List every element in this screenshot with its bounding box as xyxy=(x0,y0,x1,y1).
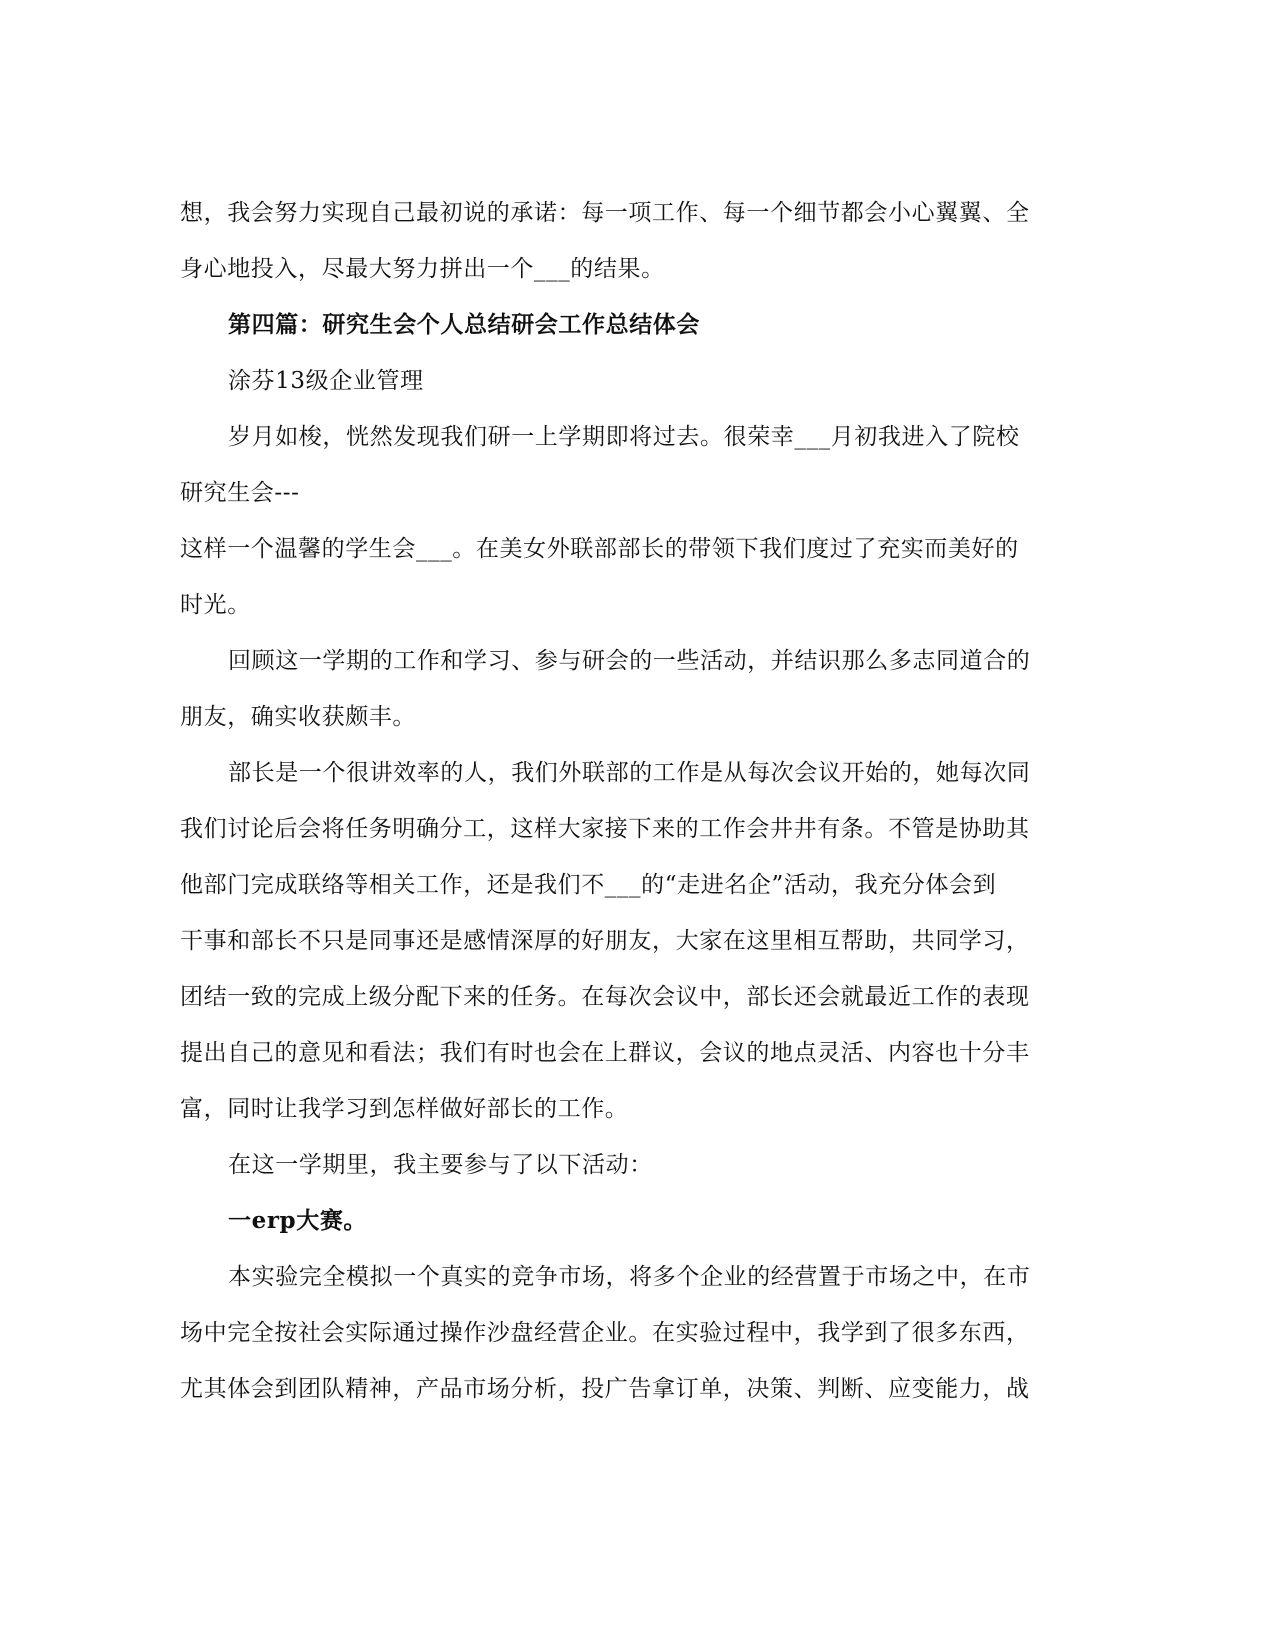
text-line: 想，我会努力实现自己最初说的承诺：每一项工作、每一个细节都会小心翼翼、全 xyxy=(180,198,1030,228)
text-line: 团结一致的完成上级分配下来的任务。在每次会议中，部长还会就最近工作的表现 xyxy=(180,982,1030,1012)
text-line: 朋友，确实收获颇丰。 xyxy=(180,702,416,732)
text-line: 尤其体会到团队精神，产品市场分析，投广告拿订单，决策、判断、应变能力，战 xyxy=(180,1374,1030,1404)
text-line: 场中完全按社会实际通过操作沙盘经营企业。在实验过程中，我学到了很多东西， xyxy=(180,1318,1030,1348)
text-line: 提出自己的意见和看法；我们有时也会在上群议，会议的地点灵活、内容也十分丰 xyxy=(180,1038,1030,1068)
text-line: 岁月如梭，恍然发现我们研一上学期即将过去。很荣幸___月初我进入了院校 xyxy=(228,422,1020,452)
document-page: 想，我会努力实现自己最初说的承诺：每一项工作、每一个细节都会小心翼翼、全 身心地… xyxy=(0,0,1275,1650)
text-line: 身心地投入，尽最大努力拼出一个___的结果。 xyxy=(180,254,665,284)
text-line: 干事和部长不只是同事还是感情深厚的好朋友，大家在这里相互帮助，共同学习， xyxy=(180,926,1030,956)
text-line: 研究生会--- xyxy=(180,478,300,508)
text-line: 本实验完全模拟一个真实的竞争市场，将多个企业的经营置于市场之中，在市 xyxy=(228,1262,1030,1292)
text-line: 他部门完成联络等相关工作，还是我们不___的“走进名企”活动，我充分体会到 xyxy=(180,870,996,900)
text-line: 在这一学期里，我主要参与了以下活动： xyxy=(228,1150,653,1180)
section-title: 第四篇：研究生会个人总结研会工作总结体会 xyxy=(228,310,700,340)
text-line: 部长是一个很讲效率的人，我们外联部的工作是从每次会议开始的，她每次同 xyxy=(228,758,1030,788)
text-line: 回顾这一学期的工作和学习、参与研会的一些活动，并结识那么多志同道合的 xyxy=(228,646,1030,676)
author-line: 涂芬13级企业管理 xyxy=(228,366,424,396)
subsection-heading: 一erp大赛。 xyxy=(228,1206,367,1236)
text-line: 富，同时让我学习到怎样做好部长的工作。 xyxy=(180,1094,628,1124)
text-line: 我们讨论后会将任务明确分工，这样大家接下来的工作会井井有条。不管是协助其 xyxy=(180,814,1030,844)
text-line: 这样一个温馨的学生会___。在美女外联部部长的带领下我们度过了充实而美好的 xyxy=(180,534,1019,564)
text-line: 时光。 xyxy=(180,590,251,620)
